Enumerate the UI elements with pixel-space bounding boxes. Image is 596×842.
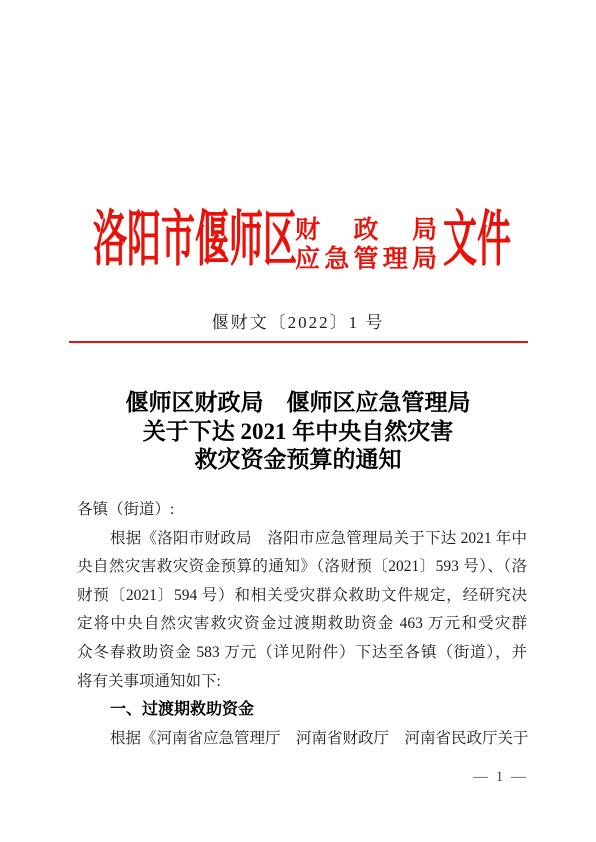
- letterhead-region-text: 洛阳市偃师区: [93, 211, 297, 272]
- title-line-3: 救灾资金预算的通知: [0, 446, 596, 475]
- salutation: 各镇（街道）:: [77, 496, 527, 525]
- section-heading: 一、过渡期救助资金: [77, 696, 527, 725]
- body-line: 定将中央自然灾害救灾资金过渡期救助资金 463 万元和受灾群: [77, 610, 527, 639]
- letterhead-bureau-top: 财政局: [295, 216, 437, 245]
- body-line: 根据《河南省应急管理厅 河南省财政厅 河南省民政厅关于: [77, 725, 527, 754]
- body-line: 财预〔2021〕594 号）和相关受灾群众救助文件规定，经研究决: [77, 582, 527, 611]
- red-divider-rule: [69, 341, 528, 343]
- letterhead: 洛阳市偃师区 财政局 应急管理局 文件: [0, 210, 596, 272]
- document-number: 偃财文〔2022〕1 号: [0, 308, 596, 333]
- letterhead-bureau-stack: 财政局 应急管理局: [295, 216, 437, 274]
- letterhead-bureau-bottom: 应急管理局: [295, 245, 437, 274]
- body-lines: 根据《洛阳市财政局 洛阳市应急管理局关于下达 2021 年中央自然灾害救灾资金预…: [77, 525, 527, 754]
- document-body: 各镇（街道）: 根据《洛阳市财政局 洛阳市应急管理局关于下达 2021 年中央自…: [77, 496, 527, 753]
- body-line: 将有关事项通知如下:: [77, 668, 527, 697]
- body-line: 根据《洛阳市财政局 洛阳市应急管理局关于下达 2021 年中: [77, 525, 527, 554]
- document-page: 洛阳市偃师区 财政局 应急管理局 文件 偃财文〔2022〕1 号 偃师区财政局 …: [0, 0, 596, 842]
- document-title: 偃师区财政局 偃师区应急管理局 关于下达 2021 年中央自然灾害 救灾资金预算…: [0, 389, 596, 475]
- body-line: 央自然灾害救灾资金预算的通知》（洛财预〔2021〕593 号）、（洛: [77, 553, 527, 582]
- title-line-1: 偃师区财政局 偃师区应急管理局: [0, 389, 596, 418]
- page-number: — 1 —: [473, 769, 528, 786]
- title-line-2: 关于下达 2021 年中央自然灾害: [0, 418, 596, 447]
- body-line: 众冬春救助资金 583 万元（详见附件）下达至各镇（街道），并: [77, 639, 527, 668]
- letterhead-document-word: 文件: [443, 211, 511, 272]
